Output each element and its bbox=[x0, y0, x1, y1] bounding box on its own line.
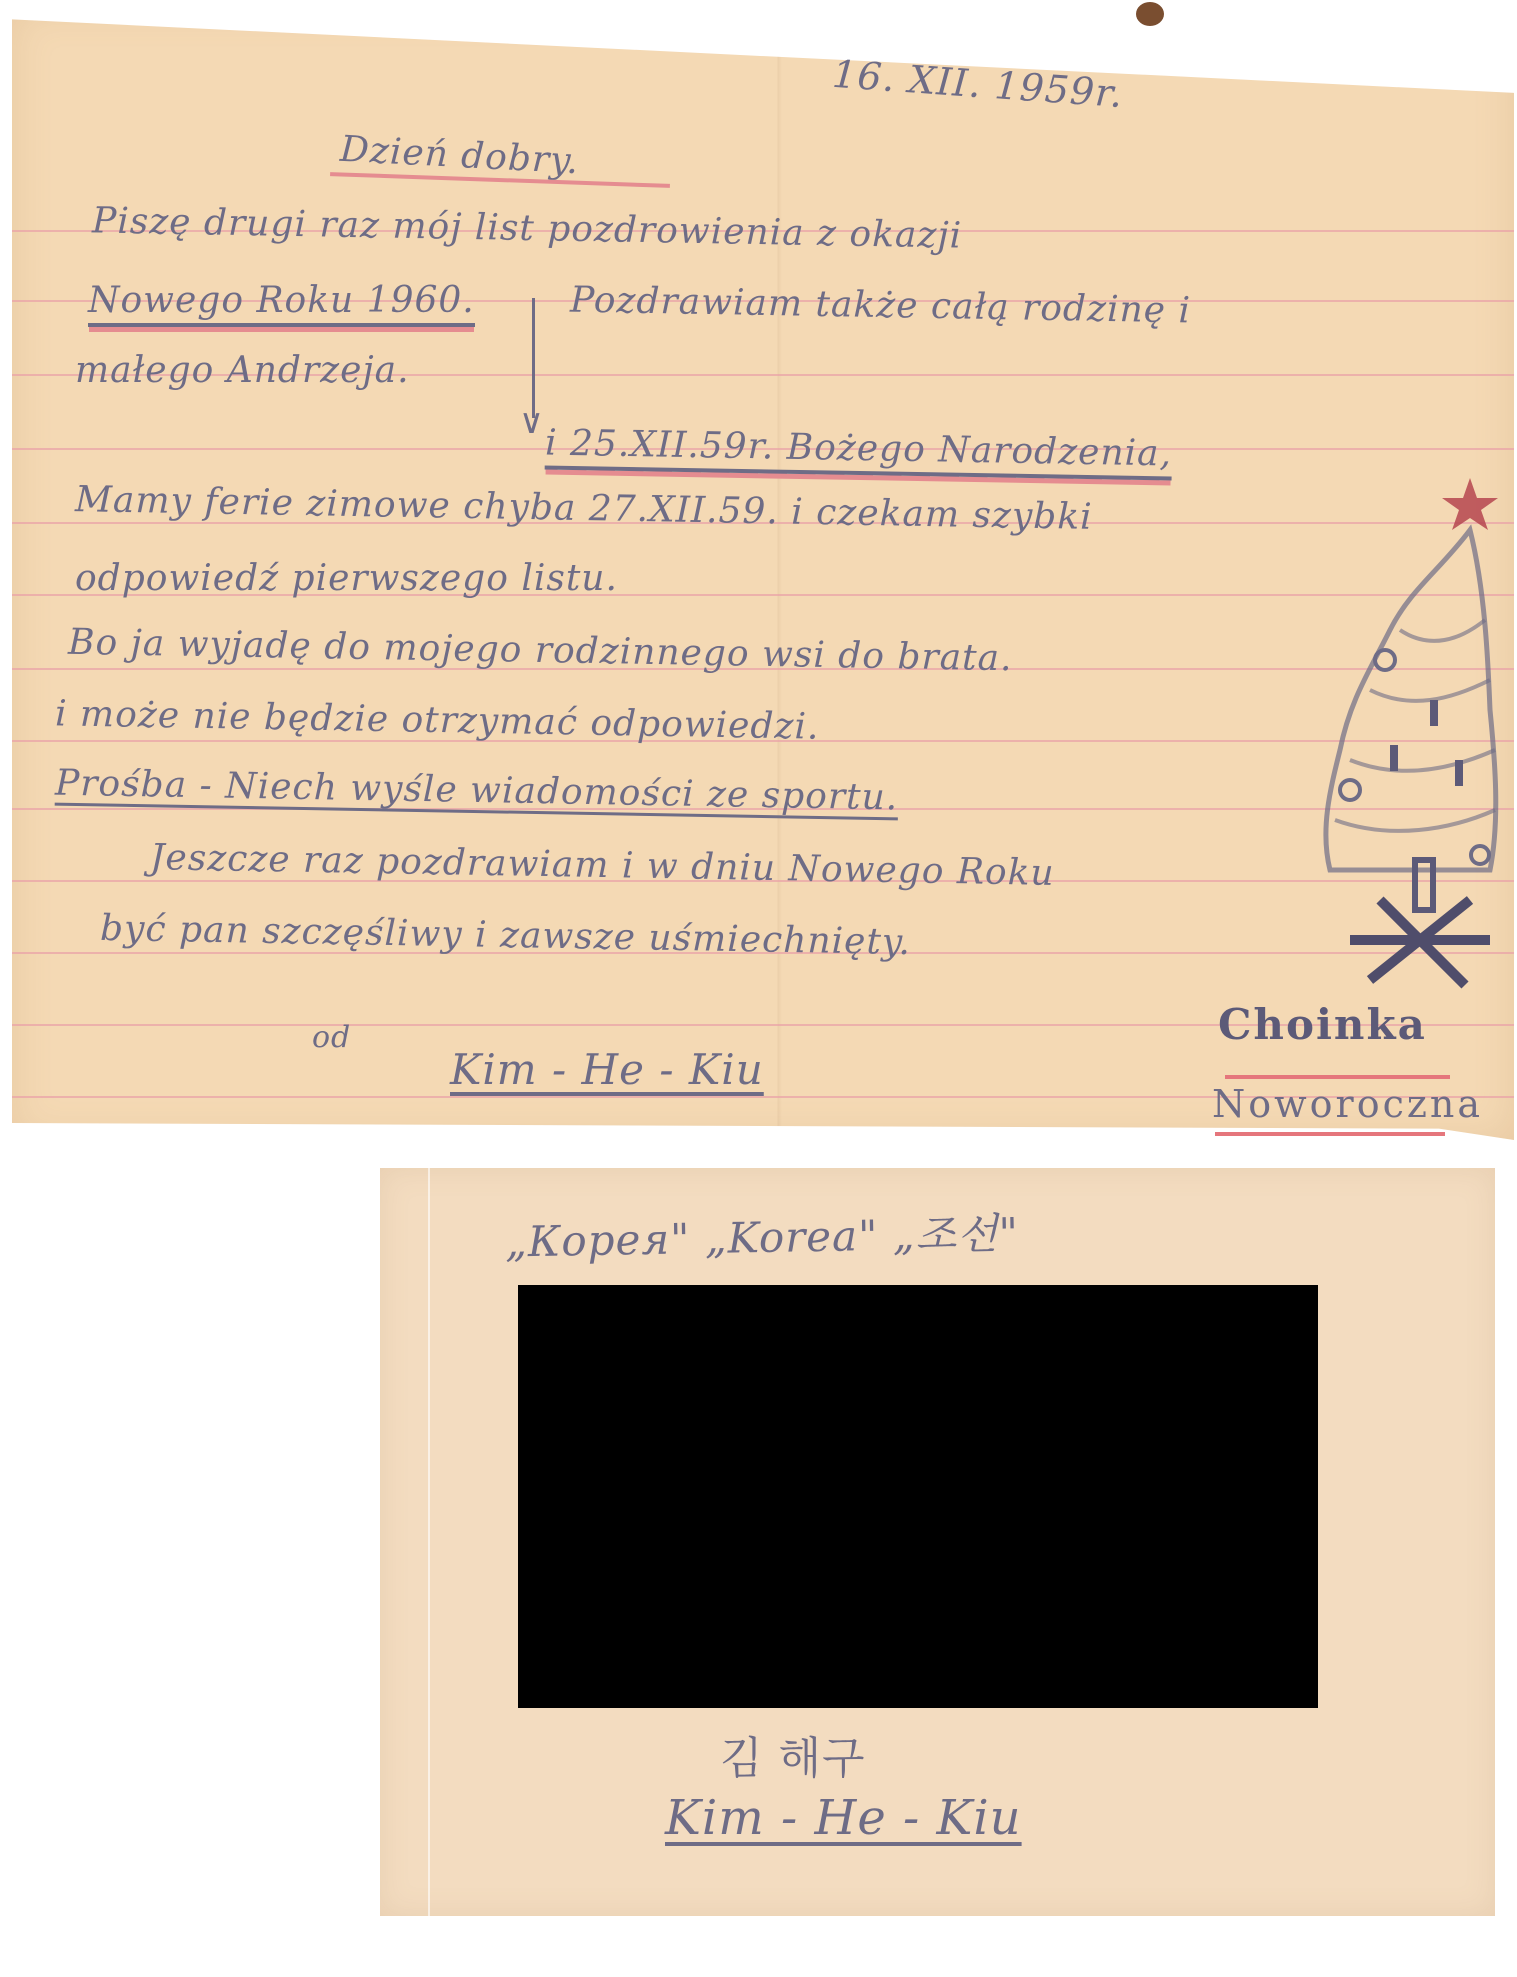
insert-arrow bbox=[532, 298, 535, 418]
letter-line-7: odpowiedź pierwszego listu. bbox=[75, 558, 618, 599]
sender-name-latin: Kim - He - Kiu bbox=[665, 1790, 1022, 1846]
caption-underline bbox=[1215, 1132, 1445, 1136]
drawing-caption-noworoczna: Noworoczna bbox=[1212, 1082, 1483, 1126]
envelope-address-line: „Корея" „Korea" „조선" bbox=[505, 1201, 1020, 1270]
letter-line-4: małego Andrzeja. bbox=[75, 350, 410, 391]
christmas-tree-drawing-icon bbox=[1290, 460, 1510, 1020]
envelope-fold bbox=[428, 1168, 430, 1916]
paper-stain bbox=[1136, 2, 1164, 26]
redacted-address-block bbox=[518, 1285, 1318, 1708]
from-label: od bbox=[312, 1020, 351, 1055]
arrow-down-icon: ∨ bbox=[519, 402, 544, 442]
drawing-caption-choinka: Choinka bbox=[1218, 1000, 1427, 1049]
letter-line-2: Nowego Roku 1960. bbox=[88, 280, 475, 327]
caption-underline bbox=[1225, 1075, 1450, 1079]
letter-signature: Kim - He - Kiu bbox=[450, 1045, 764, 1094]
sender-name-korean: 김 해구 bbox=[720, 1722, 866, 1786]
